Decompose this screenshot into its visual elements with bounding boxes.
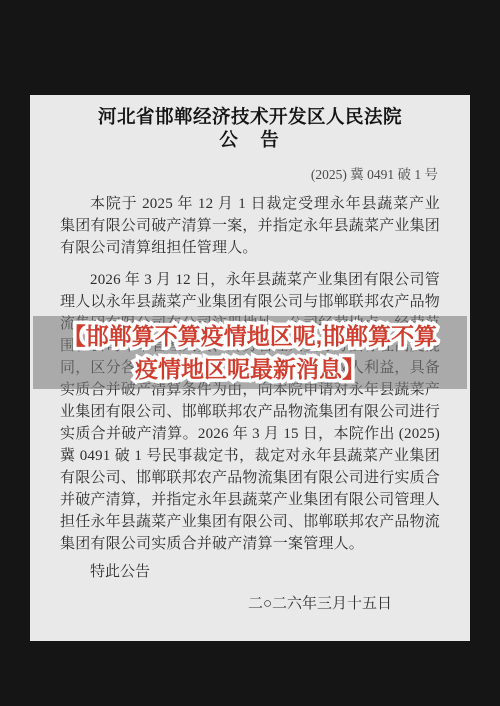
notice-date: 二○二六年三月十五日	[60, 593, 440, 615]
court-notice-page: 河北省邯郸经济技术开发区人民法院 公 告 (2025) 冀 0491 破 1 号…	[30, 95, 470, 641]
notice-type-heading: 公 告	[60, 128, 440, 151]
notice-body: 本院于 2025 年 12 月 1 日裁定受理永年县蔬菜产业集团有限公司破产清算…	[60, 193, 440, 555]
paragraph-filing: 本院于 2025 年 12 月 1 日裁定受理永年县蔬菜产业集团有限公司破产清算…	[60, 193, 440, 259]
screenshot-canvas: 河北省邯郸经济技术开发区人民法院 公 告 (2025) 冀 0491 破 1 号…	[0, 0, 500, 706]
paragraph-merger-ruling: 2026 年 3 月 12 日，永年县蔬菜产业集团有限公司管理人以永年县蔬菜产业…	[60, 269, 440, 555]
closing-statement: 特此公告	[60, 561, 440, 583]
court-title: 河北省邯郸经济技术开发区人民法院	[60, 105, 440, 128]
case-number: (2025) 冀 0491 破 1 号	[60, 163, 440, 183]
